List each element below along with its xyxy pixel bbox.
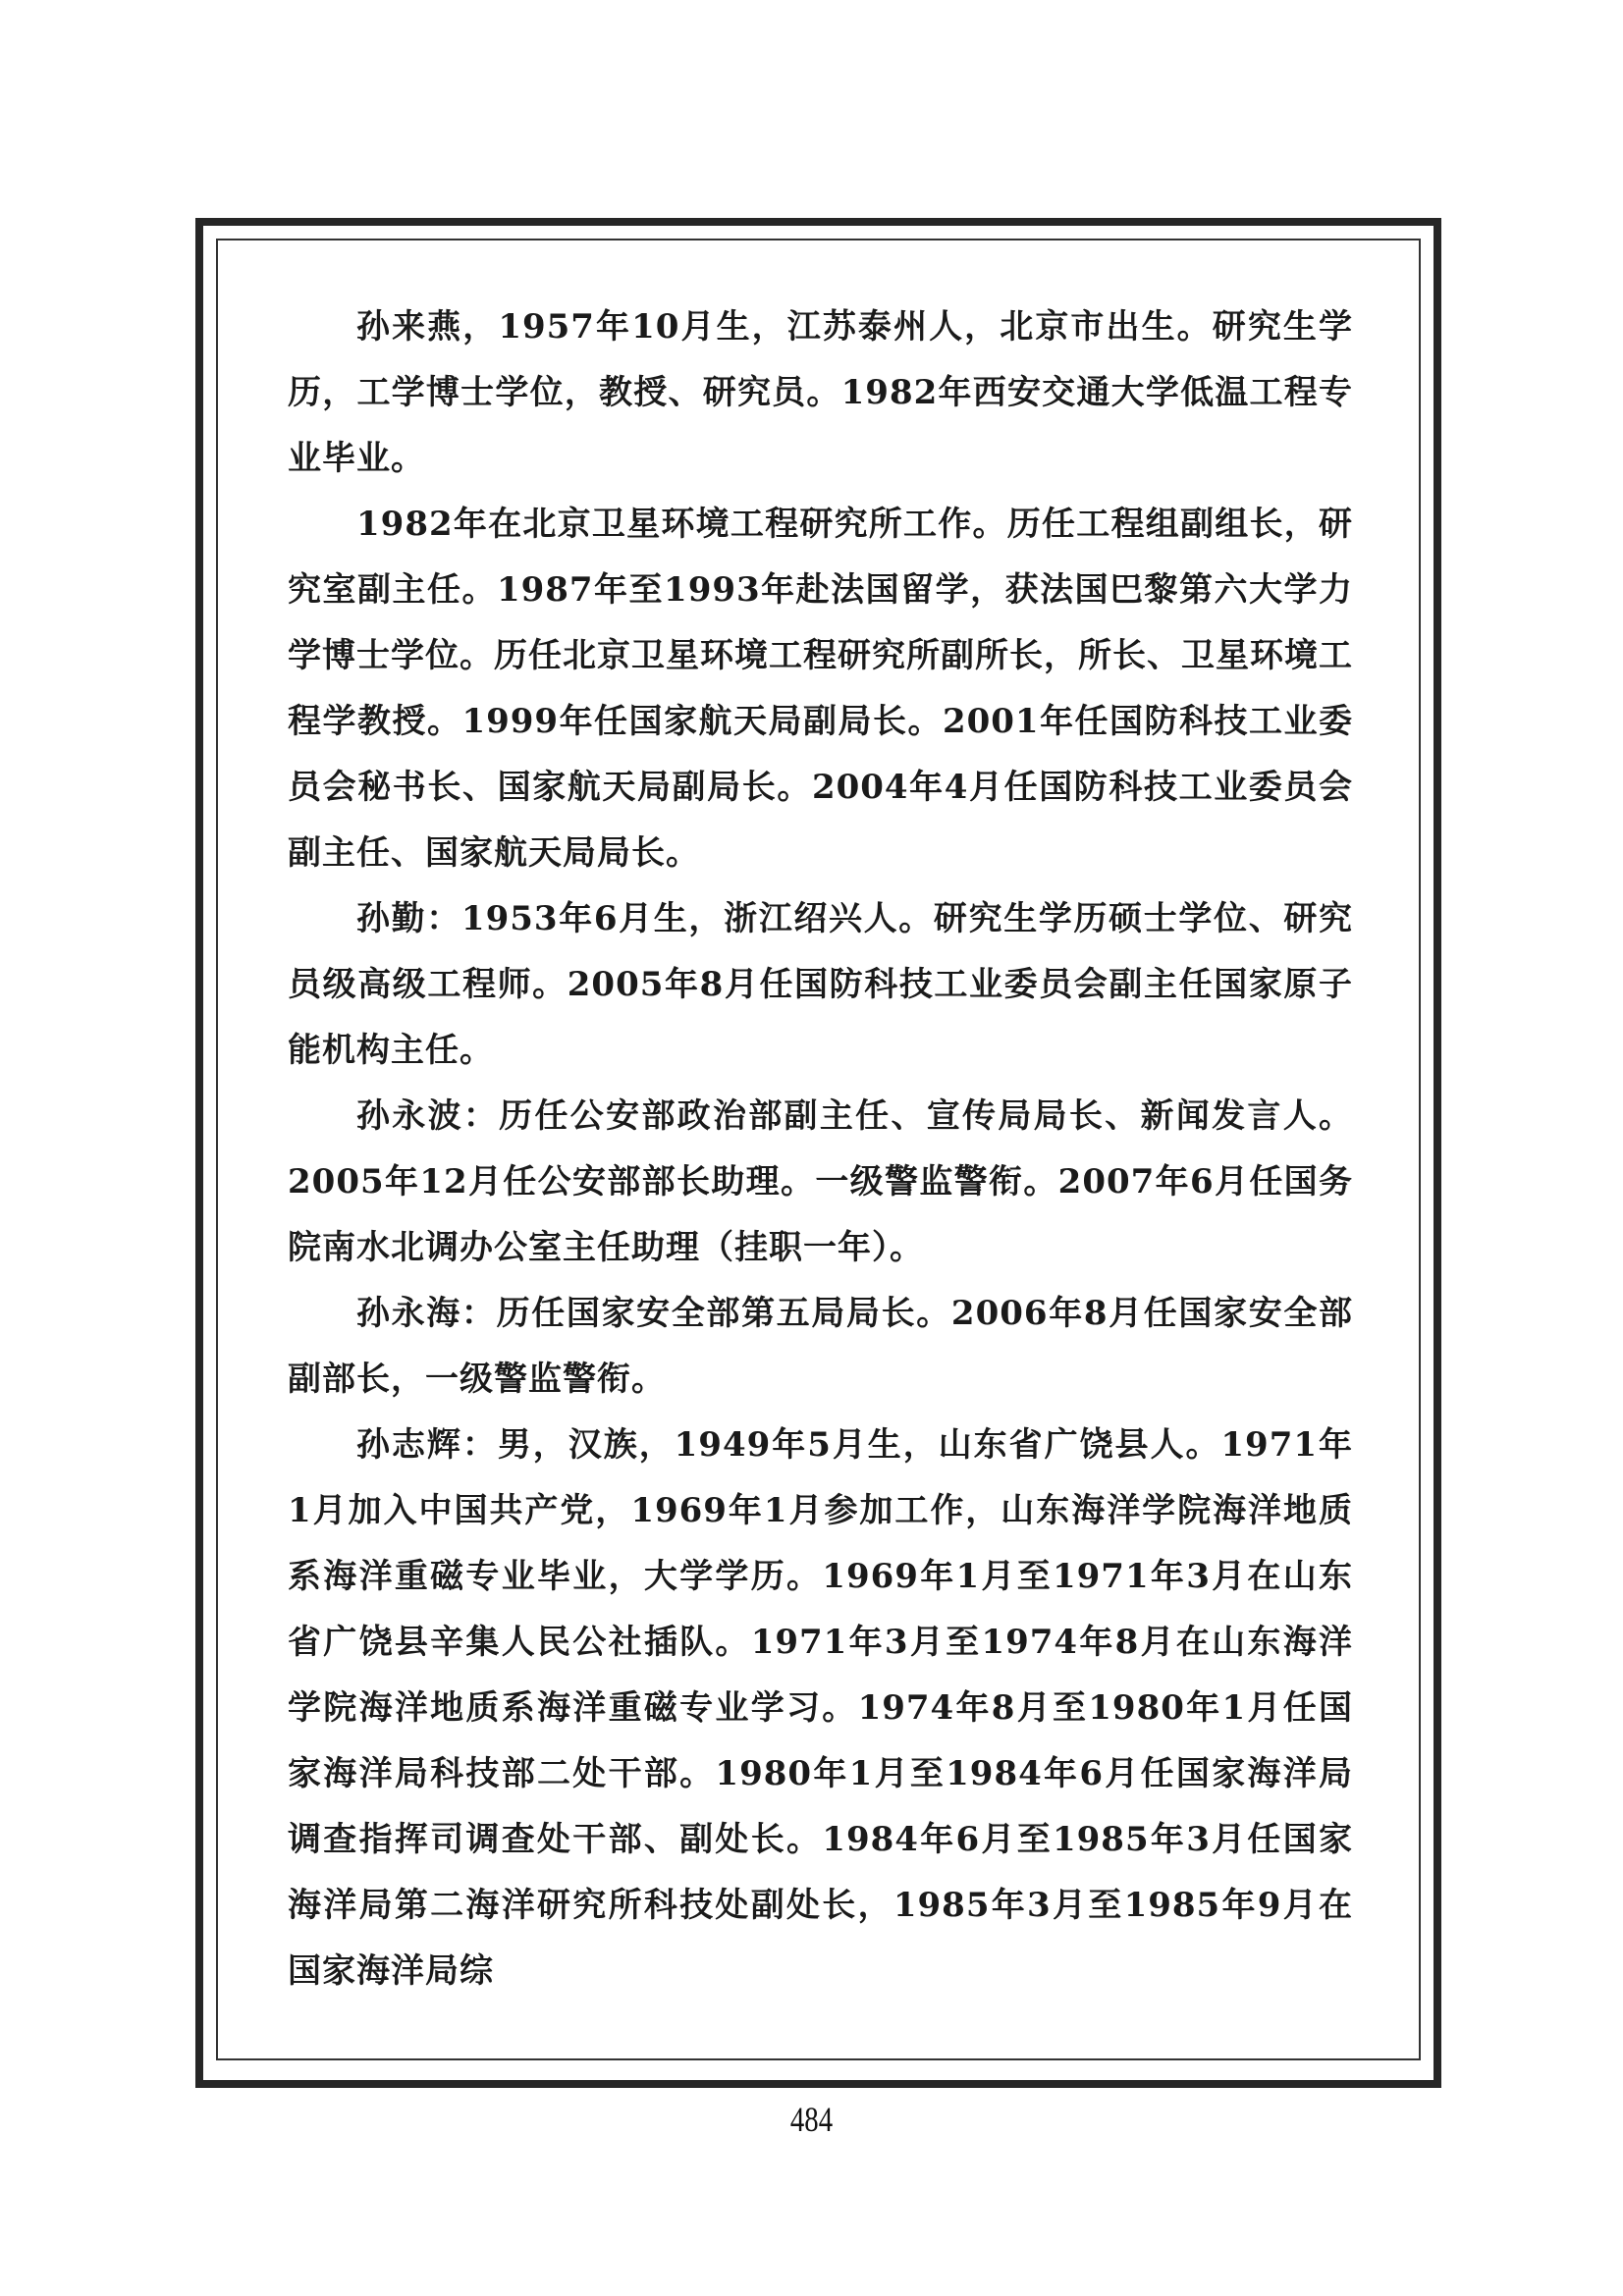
paragraph-sun-yonghai: 孙永海：历任国家安全部第五局局长。2006年8月任国家安全部副部长，一级警监警衔… bbox=[288, 1281, 1353, 1413]
page-number: 484 bbox=[162, 2099, 1460, 2140]
paragraph-sun-qin: 孙勤：1953年6月生，浙江绍兴人。研究生学历硕士学位、研究员级高级工程师。20… bbox=[288, 886, 1353, 1084]
paragraph-sun-laiyan-intro: 孙来燕，1957年10月生，江苏泰州人，北京市出生。研究生学历，工学博士学位，教… bbox=[288, 294, 1353, 492]
document-body: 孙来燕，1957年10月生，江苏泰州人，北京市出生。研究生学历，工学博士学位，教… bbox=[288, 294, 1353, 2004]
paragraph-sun-yongbo: 孙永波：历任公安部政治部副主任、宣传局局长、新闻发言人。2005年12月任公安部… bbox=[288, 1084, 1353, 1281]
paragraph-sun-laiyan-career: 1982年在北京卫星环境工程研究所工作。历任工程组副组长，研究室副主任。1987… bbox=[288, 492, 1353, 886]
paragraph-sun-zhihui: 孙志辉：男，汉族，1949年5月生，山东省广饶县人。1971年1月加入中国共产党… bbox=[288, 1413, 1353, 2004]
